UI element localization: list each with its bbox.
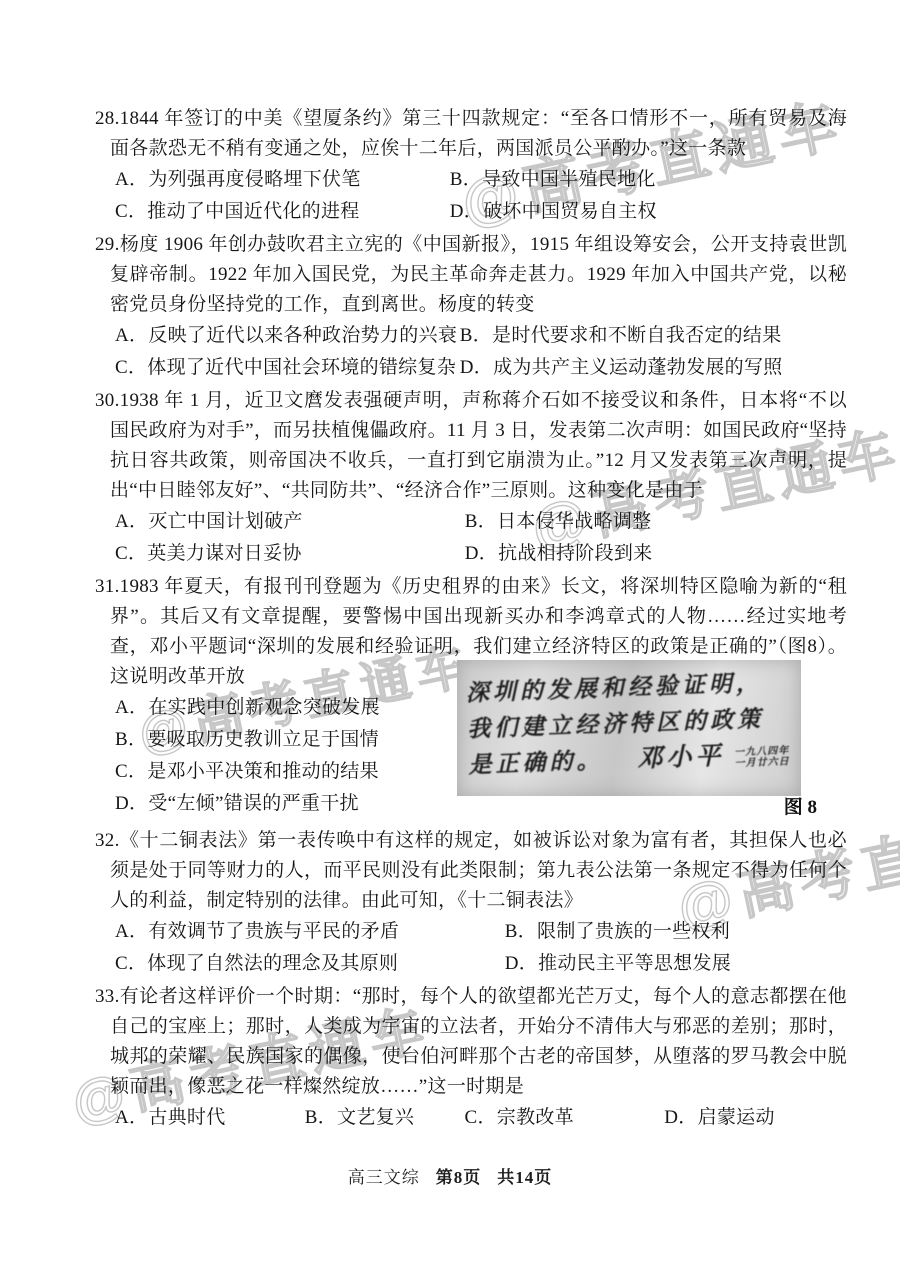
- option-29-d: D．成为共产主义运动蓬勃发展的写照: [460, 352, 783, 384]
- option-32-b: B．限制了贵族的一些权利: [505, 916, 730, 948]
- calligraphy-signature: 邓小平: [637, 743, 725, 773]
- page-footer: 高三文综第8页共14页: [0, 1163, 900, 1188]
- footer-subject: 高三文综: [348, 1168, 420, 1187]
- option-33-b: B．文艺复兴: [305, 1102, 460, 1134]
- figure-8-photo: 深圳的发展和经验证明， 我们建立经济特区的政策 是正确的。邓小平一九八四年一月廿…: [457, 660, 801, 796]
- questions-area: 28.1844 年签订的中美《望厦条约》第三十四款规定：“至各口情形不一，所有贸…: [95, 104, 847, 1136]
- option-29-c: C．体现了近代中国社会环境的错综复杂: [115, 352, 455, 384]
- option-30-b: B．日本侵华战略调整: [465, 506, 652, 538]
- option-30-a: A．灭亡中国计划破产: [115, 506, 460, 538]
- question-28: 28.1844 年签订的中美《望厦条约》第三十四款规定：“至各口情形不一，所有贸…: [95, 104, 847, 228]
- question-33: 33.有论者这样评价一个时期：“那时，每个人的欲望都光芒万丈，每个人的意志都摆在…: [95, 982, 847, 1134]
- question-28-options: A．为列强再度侵略埋下伏笔 B．导致中国半殖民地化 C．推动了中国近代化的进程 …: [115, 164, 847, 228]
- option-33-c: C．宗教改革: [465, 1102, 660, 1134]
- calligraphy-date: 一九八四年一月廿六日: [734, 745, 793, 769]
- option-33-d: D．启蒙运动: [664, 1102, 775, 1134]
- question-33-stem: 33.有论者这样评价一个时期：“那时，每个人的欲望都光芒万丈，每个人的意志都摆在…: [95, 982, 847, 1102]
- exam-paper-page: @高考直通车 @高考直通车 @高考直通车 @高考直通车 @高考直通车 28.18…: [0, 0, 900, 1270]
- question-32-stem: 32.《十二铜表法》第一表传唤中有这样的规定，如被诉讼对象为富有者，其担保人也必…: [95, 826, 847, 916]
- option-33-a: A．古典时代: [115, 1102, 300, 1134]
- question-32-options: A．有效调节了贵族与平民的矛盾 B．限制了贵族的一些权利 C．体现了自然法的理念…: [115, 916, 847, 980]
- option-28-c: C．推动了中国近代化的进程: [115, 196, 445, 228]
- option-28-d: D．破坏中国贸易自主权: [450, 196, 657, 228]
- option-32-a: A．有效调节了贵族与平民的矛盾: [115, 916, 500, 948]
- question-30: 30.1938 年 1 月，近卫文麿发表强硬声明，声称蒋介石如不接受议和条件，日…: [95, 386, 847, 570]
- question-30-stem: 30.1938 年 1 月，近卫文麿发表强硬声明，声称蒋介石如不接受议和条件，日…: [95, 386, 847, 506]
- figure-8-caption: 图 8: [457, 796, 847, 820]
- figure-8: 深圳的发展和经验证明， 我们建立经济特区的政策 是正确的。邓小平一九八四年一月廿…: [457, 660, 847, 820]
- footer-total-pages: 共14页: [497, 1168, 552, 1187]
- footer-page-number: 第8页: [436, 1168, 482, 1187]
- question-29: 29.杨度 1906 年创办鼓吹君主立宪的《中国新报》，1915 年组设筹安会，…: [95, 230, 847, 384]
- question-29-stem: 29.杨度 1906 年创办鼓吹君主立宪的《中国新报》，1915 年组设筹安会，…: [95, 230, 847, 320]
- question-29-options: A．反映了近代以来各种政治势力的兴衰 B．是时代要求和不断自我否定的结果 C．体…: [115, 320, 847, 384]
- question-33-options: A．古典时代 B．文艺复兴 C．宗教改革 D．启蒙运动: [115, 1102, 847, 1134]
- option-29-b: B．是时代要求和不断自我否定的结果: [460, 320, 782, 352]
- option-32-c: C．体现了自然法的理念及其原则: [115, 948, 500, 980]
- option-29-a: A．反映了近代以来各种政治势力的兴衰: [115, 320, 455, 352]
- question-32: 32.《十二铜表法》第一表传唤中有这样的规定，如被诉讼对象为富有者，其担保人也必…: [95, 826, 847, 980]
- option-28-b: B．导致中国半殖民地化: [450, 164, 656, 196]
- question-30-options: A．灭亡中国计划破产 B．日本侵华战略调整 C．英美力谋对日妥协 D．抗战相持阶…: [115, 506, 847, 570]
- calligraphy-text: 深圳的发展和经验证明， 我们建立经济特区的政策 是正确的。邓小平一九八四年一月廿…: [457, 660, 801, 784]
- option-30-d: D．抗战相持阶段到来: [465, 538, 653, 570]
- question-31: 31.1983 年夏天，有报刊刊登题为《历史租界的由来》长文，将深圳特区隐喻为新…: [95, 572, 847, 824]
- question-28-stem: 28.1844 年签订的中美《望厦条约》第三十四款规定：“至各口情形不一，所有贸…: [95, 104, 847, 164]
- option-28-a: A．为列强再度侵略埋下伏笔: [115, 164, 445, 196]
- option-30-c: C．英美力谋对日妥协: [115, 538, 460, 570]
- option-32-d: D．推动民主平等思想发展: [505, 948, 731, 980]
